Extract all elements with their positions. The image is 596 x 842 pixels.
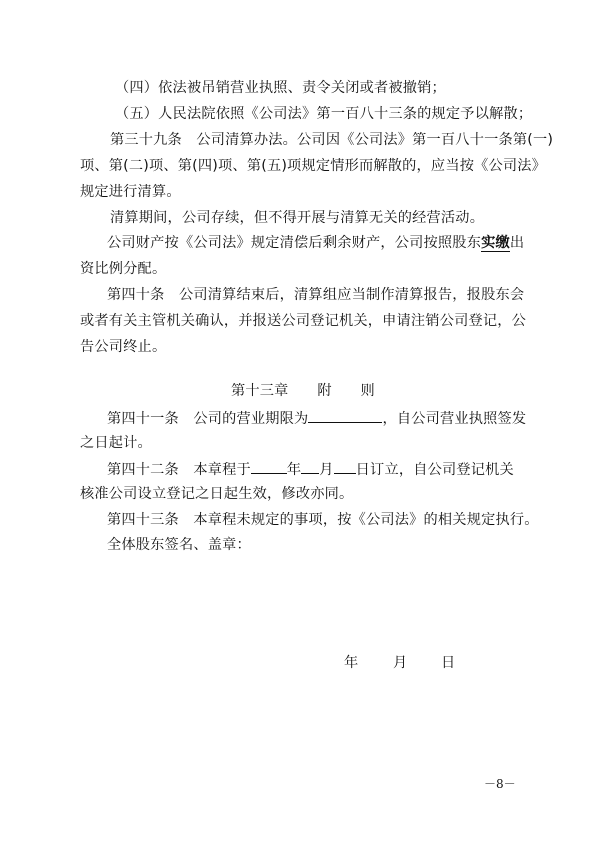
paragraph-line: 项、第(二)项、第(四)项、第(五)项规定情形而解散的，应当按《公司法》 [80, 156, 546, 176]
article-43-line: 第四十三条 本章程未规定的事项，按《公司法》的相关规定执行。 [107, 510, 539, 530]
paragraph-line: 公司财产按《公司法》规定清偿后剩余财产，公司按照股东实缴出 [107, 233, 524, 253]
article-41-line: 第四十一条 公司的营业期限为，自公司营业执照签发 [107, 407, 526, 429]
blank-field-month[interactable] [301, 458, 319, 474]
text-span: 出 [510, 235, 524, 251]
signature-label: 全体股东签名、盖章： [107, 535, 251, 555]
date-year-label: 年 [344, 653, 358, 673]
blank-field-day[interactable] [334, 458, 356, 474]
article-42-line: 第四十二条 本章程于年月日订立，自公司登记机关 [107, 458, 514, 480]
paragraph-line: 清算期间，公司存续，但不得开展与清算无关的经营活动。 [110, 208, 484, 228]
text-span: 第四十二条 本章程于 [107, 462, 251, 478]
paragraph-line: （五）人民法院依照《公司法》第一百八十三条的规定予以解散； [115, 104, 532, 124]
page-number: －8－ [484, 775, 516, 792]
blank-field-term[interactable] [308, 407, 382, 423]
chapter-title: 第十三章 附 则 [231, 381, 375, 401]
text-span: 日订立，自公司登记机关 [356, 462, 514, 478]
article-40-line: 第四十条 公司清算结束后，清算组应当制作清算报告，报股东会 [107, 285, 524, 305]
paragraph-line: 告公司终止。 [80, 337, 166, 357]
text-span: ，自公司营业执照签发 [382, 411, 526, 427]
text-span: 公司财产按《公司法》规定清偿后剩余财产，公司按照股东 [107, 235, 481, 251]
article-39-line: 第三十九条 公司清算办法。公司因《公司法》第一百八十一条第(一) [110, 130, 553, 150]
paragraph-line: 规定进行清算。 [80, 182, 181, 202]
emphasized-text: 实缴 [481, 235, 510, 252]
paragraph-line: 核准公司设立登记之日起生效，修改亦同。 [80, 484, 353, 504]
date-day-label: 日 [441, 653, 455, 673]
text-span: 月 [319, 462, 333, 478]
paragraph-line: 或者有关主管机关确认，并报送公司登记机关，申请注销公司登记，公 [80, 311, 526, 331]
text-span: 年 [287, 462, 301, 478]
paragraph-line: 资比例分配。 [80, 259, 166, 279]
paragraph-line: （四）依法被吊销营业执照、责令关闭或者被撤销； [115, 78, 446, 98]
text-span: 第四十一条 公司的营业期限为 [107, 411, 308, 427]
blank-field-year[interactable] [251, 458, 287, 474]
date-month-label: 月 [393, 653, 407, 673]
paragraph-line: 之日起计。 [80, 433, 152, 453]
